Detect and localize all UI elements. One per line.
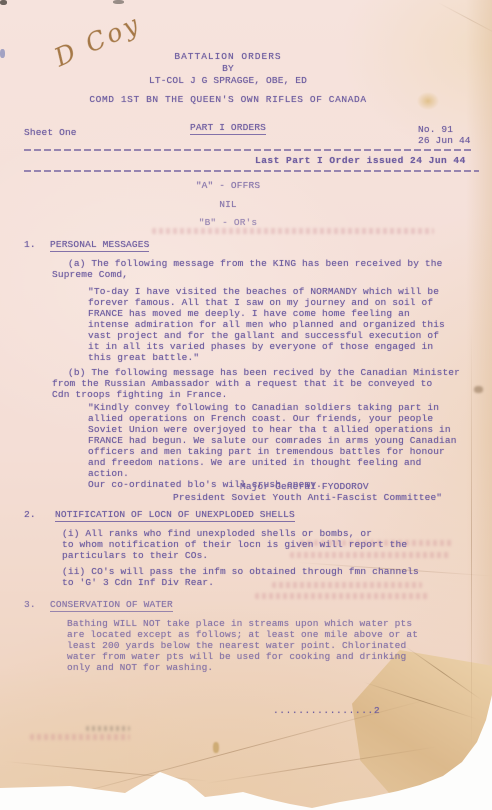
crease-line bbox=[471, 330, 472, 750]
signature-title: President Soviet Youth Anti-Fascist Comm… bbox=[173, 492, 442, 503]
order-number: No. 91 bbox=[418, 124, 453, 135]
section-number: 3. bbox=[24, 599, 36, 610]
ink-blot bbox=[213, 742, 219, 753]
bleed-through-smudge bbox=[152, 228, 434, 234]
section-title: NOTIFICATION OF LOCN OF UNEXPLODED SHELL… bbox=[55, 509, 295, 520]
section-title-text: PERSONAL MESSAGES bbox=[50, 239, 149, 252]
section-title-text: NOTIFICATION OF LOCN OF UNEXPLODED SHELL… bbox=[55, 509, 295, 522]
page-continuation: ................2 bbox=[273, 705, 380, 716]
unit-line: COMD 1ST BN THE QUEEN'S OWN RIFLES OF CA… bbox=[0, 94, 456, 105]
typed-divider-rule bbox=[24, 149, 474, 151]
paragraph-a: (a) The following message from the KING … bbox=[52, 258, 457, 280]
last-order-issued-line: Last Part I Order issued 24 Jun 44 bbox=[255, 155, 466, 166]
officers-heading: "A" - OFFRS bbox=[0, 180, 456, 191]
paragraph-i: (i) All ranks who find unexploded shells… bbox=[62, 528, 457, 561]
scanned-document: D Coy BATTALION ORDERS BY LT-COL J G SPR… bbox=[0, 0, 492, 810]
order-date: 26 Jun 44 bbox=[418, 135, 471, 146]
bleed-through-smudge bbox=[255, 593, 430, 599]
crease-line bbox=[438, 2, 492, 37]
crease-line bbox=[5, 761, 209, 782]
edge-mark bbox=[0, 0, 7, 5]
king-message-quote: "To-day I have visited the beaches of NO… bbox=[88, 286, 448, 363]
typed-divider-rule bbox=[24, 170, 479, 172]
edge-mark bbox=[0, 49, 5, 58]
signature-name: Major-General FYODOROV bbox=[240, 481, 369, 492]
section-number: 2. bbox=[24, 509, 36, 520]
commander-name: LT-COL J G SPRAGGE, OBE, ED bbox=[0, 75, 456, 86]
paragraph-b: (b) The following message has been reciv… bbox=[52, 367, 462, 400]
edge-tear-mark bbox=[474, 386, 483, 393]
part-orders-underline: PART I ORDERS bbox=[190, 122, 266, 135]
water-conservation-paragraph: Bathing WILL NOT take place in streams u… bbox=[67, 618, 457, 673]
bleed-through-smudge bbox=[30, 734, 130, 740]
pencil-smudge bbox=[86, 726, 130, 731]
part-orders-heading: PART I ORDERS bbox=[0, 122, 456, 133]
section-title: CONSERVATION OF WATER bbox=[50, 599, 173, 610]
section-number: 1. bbox=[24, 239, 36, 250]
section-title: PERSONAL MESSAGES bbox=[50, 239, 149, 250]
other-ranks-heading: "B" - OR's bbox=[0, 217, 456, 228]
edge-mark bbox=[113, 0, 124, 4]
document-page: D Coy BATTALION ORDERS BY LT-COL J G SPR… bbox=[0, 0, 492, 810]
section-title-text: CONSERVATION OF WATER bbox=[50, 599, 173, 612]
nil-line: NIL bbox=[0, 199, 456, 210]
soviet-message-quote: "Kindly convey following to Canadian sol… bbox=[88, 402, 466, 490]
